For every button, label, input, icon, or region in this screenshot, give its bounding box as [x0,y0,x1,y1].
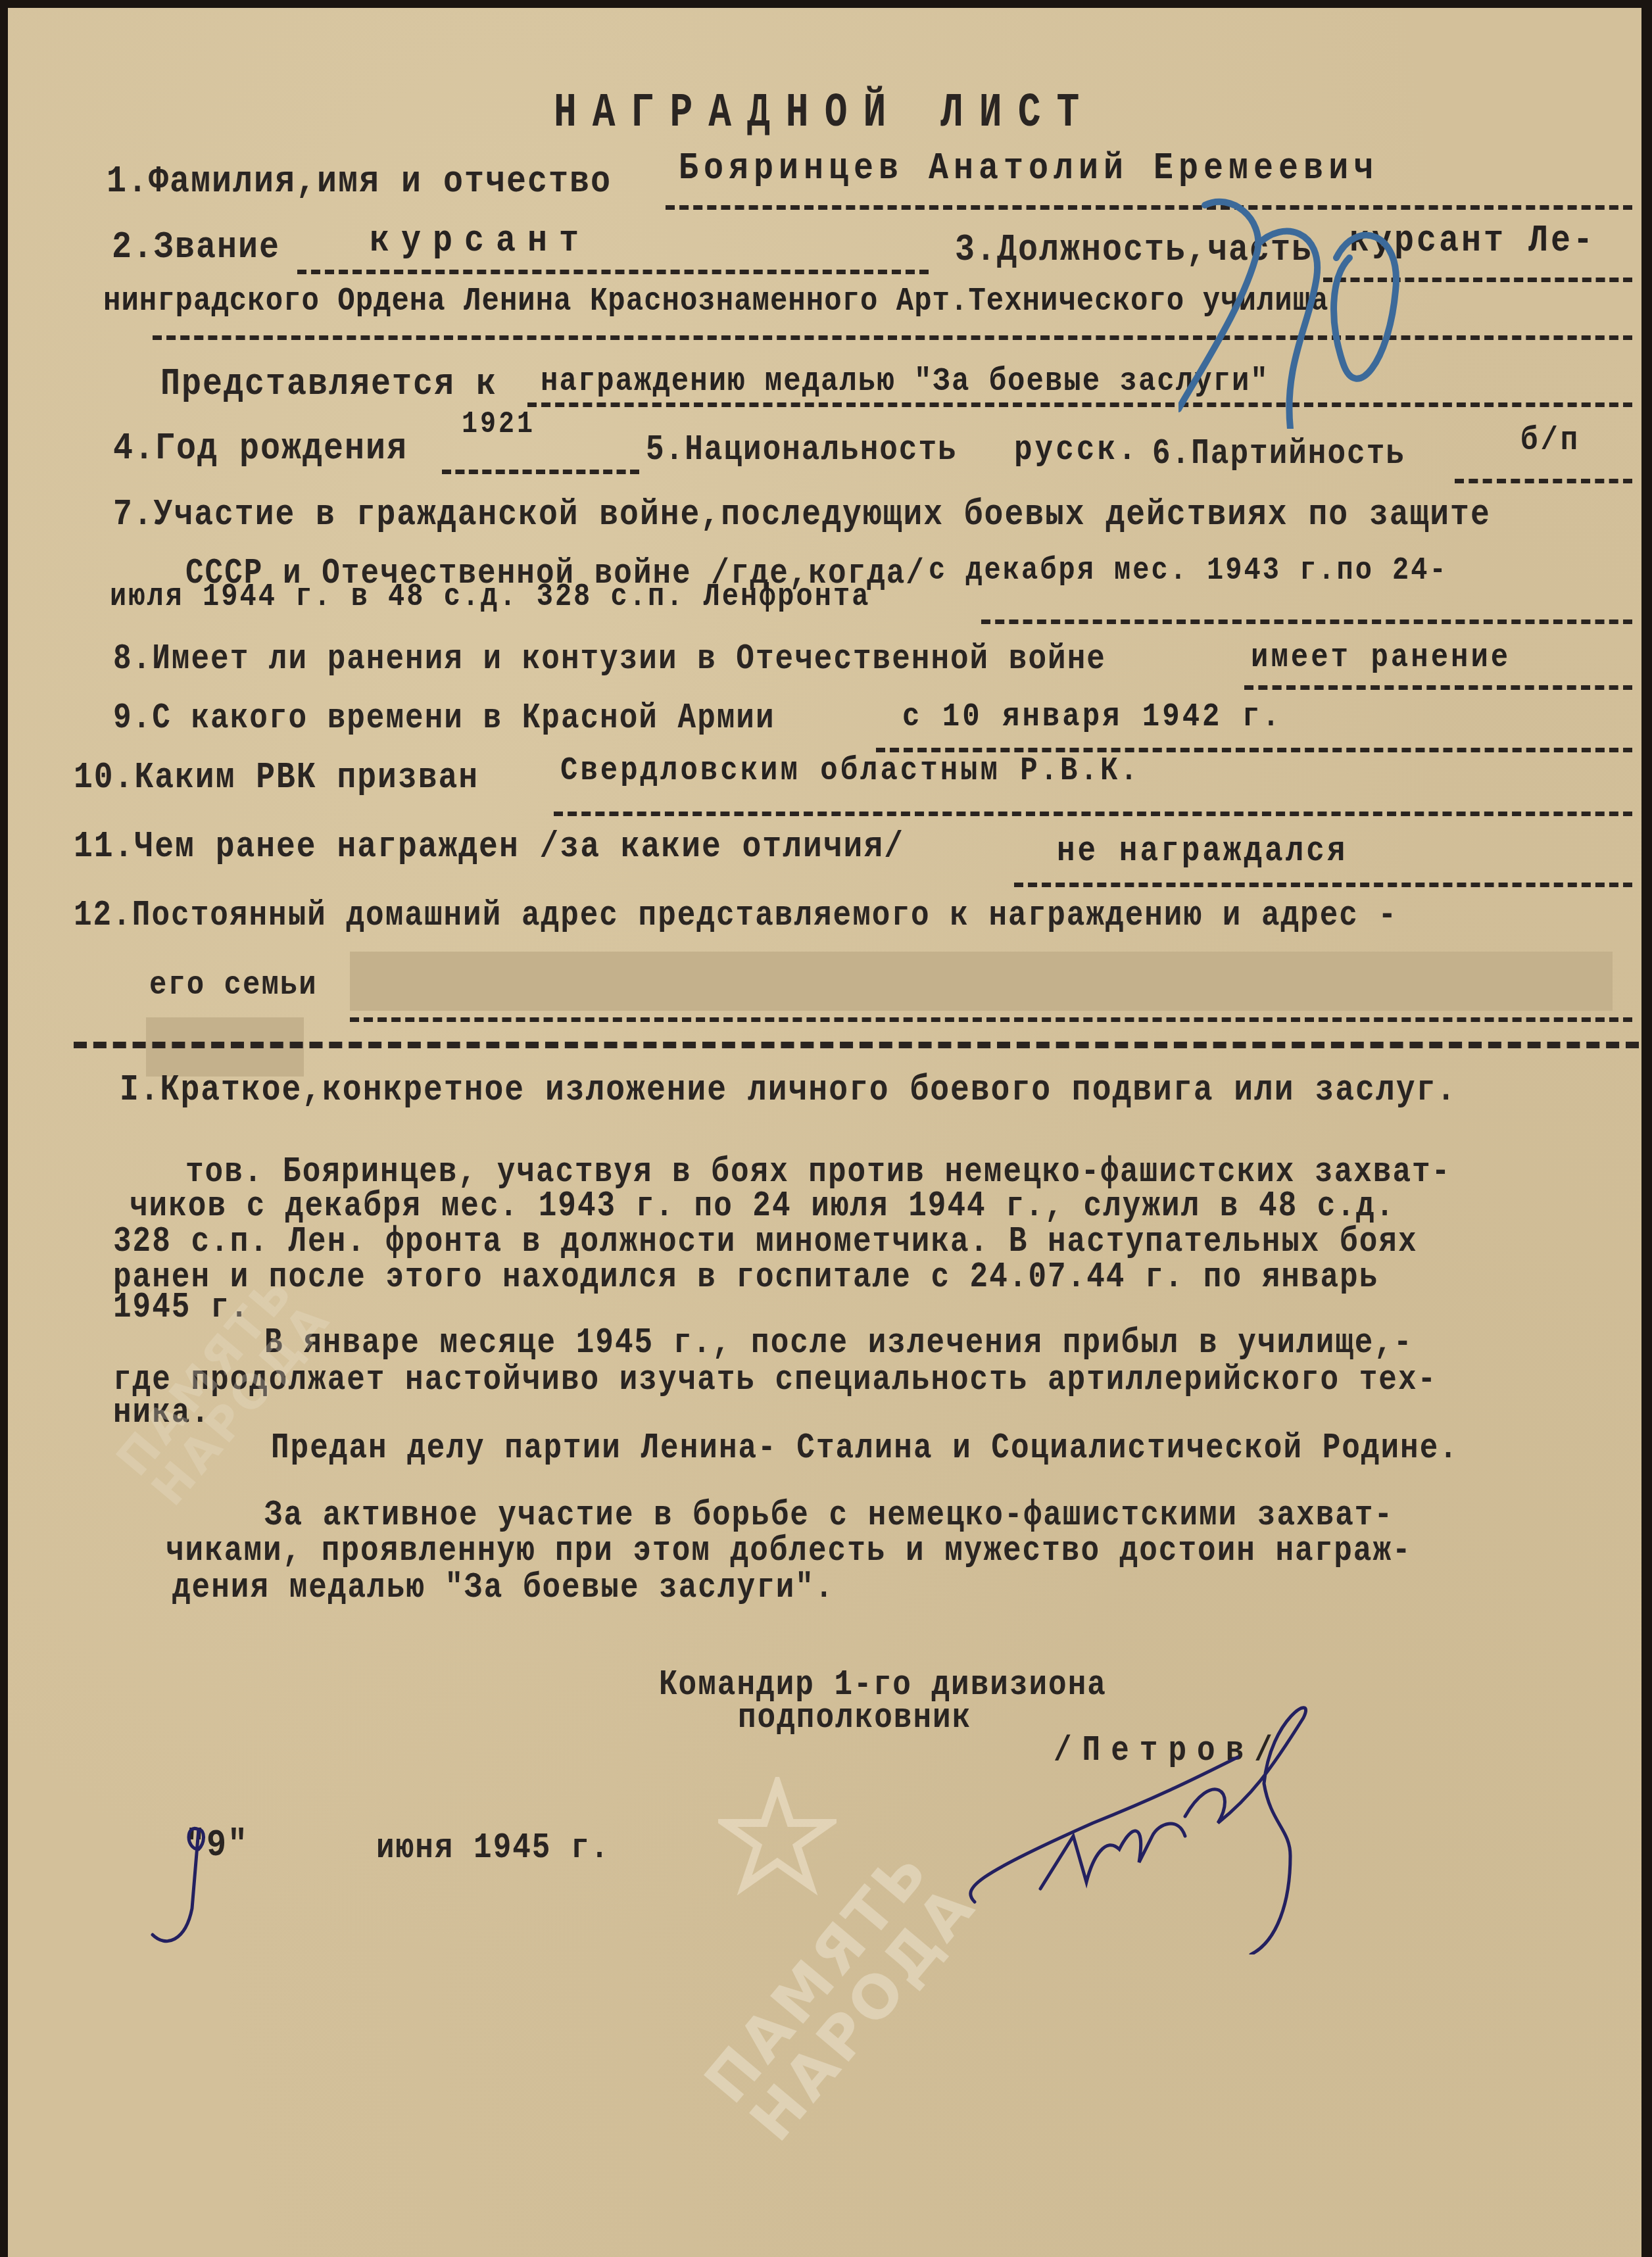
field-8-value: имеет ранение [1251,639,1511,677]
date-month-year: июня 1945 г. [376,1828,610,1868]
divider [554,812,1632,816]
narrative-line: дения медалью "За боевые заслуги". [172,1568,835,1607]
divider [442,470,639,474]
field-6-value: б/п [1520,422,1580,460]
divider [297,270,929,274]
field-11-value: не награждался [1057,831,1348,871]
narrative-line: где продолжает настойчиво изучать специа… [113,1360,1437,1399]
narrative-line: 328 с.п. Лен. фронта в должности миномет… [113,1222,1418,1261]
field-1-label: 1.Фамилия,имя и отчество [107,160,612,204]
narrative-line: В январе месяце 1945 г., после излечения… [264,1323,1413,1363]
field-1-value: Бояринцев Анатолий Еремеевич [679,147,1378,191]
narrative-line: За активное участие в борьбе с немецко-ф… [264,1495,1394,1535]
field-4-value: 1921 [462,408,535,442]
field-9-label: 9.С какого времени в Красной Армии [113,698,775,738]
signatory-rank: подполковник [738,1698,971,1737]
field-7-value: с декабря мес. 1943 г.по 24- [929,552,1448,589]
narrative-line: ранен и после этого находился в госпитал… [113,1257,1378,1297]
field-10-value: Свердловским областным Р.В.К. [560,752,1140,790]
field-5-label: 5.Национальность [646,430,958,470]
field-10-label: 10.Каким РВК призван [74,758,479,798]
field-12-label: 12.Постоянный домашний адрес представляе… [74,896,1397,935]
award-sheet: НАГРАДНОЙ ЛИСТ 1.Фамилия,имя и отчество … [8,8,1641,2257]
field-3-value-continued: нинградского Ордена Ленина Краснознаменн… [103,283,1329,321]
narrative-line: чиков с декабря мес. 1943 г. по 24 июля … [130,1186,1395,1226]
narrative-line: Предан делу партии Ленина- Сталина и Соц… [271,1428,1459,1468]
redacted-address [350,952,1613,1011]
signature-scrawl [961,1691,1461,1954]
field-9-value: с 10 января 1942 г. [902,698,1282,737]
document-title: НАГРАДНОЙ ЛИСТ [554,87,1095,140]
presented-for-label: Представляется к [160,363,497,406]
divider [666,205,1632,210]
handwritten-number-290 [1178,192,1481,429]
section-heading: I.Краткое,конкретное изложение личного б… [120,1070,1457,1111]
field-8-label: 8.Имеет ли ранения и контузии в Отечеств… [113,639,1106,679]
divider [1244,685,1632,690]
field-2-label: 2.Звание [112,226,280,270]
field-7-value-continued: июля 1944 г. в 48 с.д. 328 с.п. Ленфронт… [110,579,870,615]
handwritten-day [146,1816,225,1961]
field-2-value: курсант [370,220,591,263]
section-divider [74,1042,1639,1048]
watermark-star-icon [718,1777,837,1895]
award-value: награждению медалью "За боевые заслуги" [541,363,1269,401]
narrative-line: чиками, проявленную при этом доблесть и … [166,1531,1412,1570]
field-7-label: 7.Участие в гражданской войне,последующи… [113,495,1491,535]
divider [981,619,1632,624]
divider [1014,883,1632,887]
field-4-label: 4.Год рождения [113,427,408,471]
divider [876,748,1632,752]
field-5-value: русск. [1014,430,1139,470]
divider [1455,479,1632,483]
narrative-line: тов. Бояринцев, участвуя в боях против н… [185,1152,1451,1192]
field-11-label: 11.Чем ранее награжден /за какие отличия… [74,827,904,867]
divider [350,1017,1632,1022]
field-6-label: 6.Партийность [1152,434,1405,473]
field-12-label-continued: его семьи [149,967,318,1005]
